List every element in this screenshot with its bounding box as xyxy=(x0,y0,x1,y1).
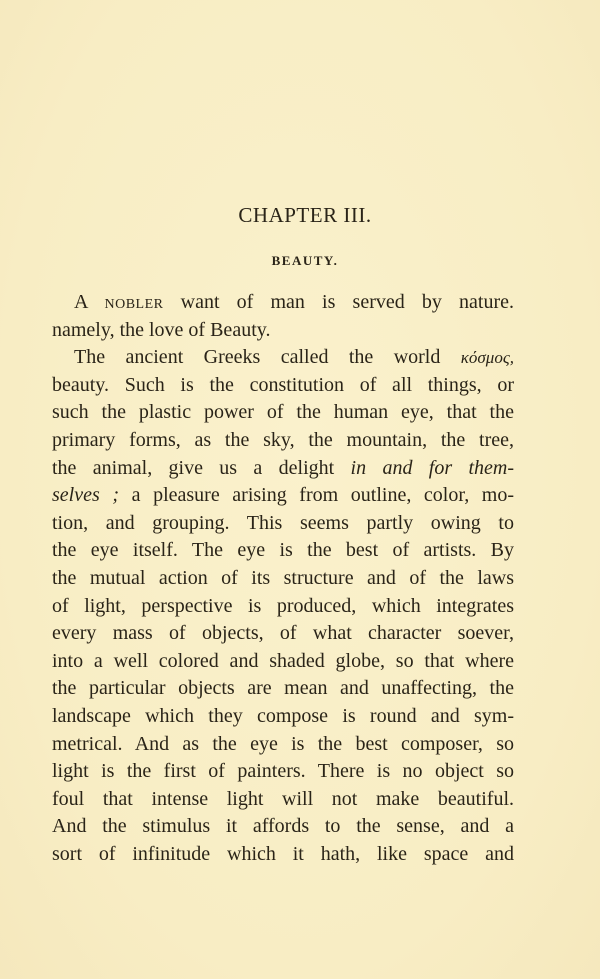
greek-word: κόσμος, xyxy=(461,348,514,367)
text-line: metrical. And as the eye is the best com… xyxy=(52,731,514,759)
text-line: selves ; a pleasure arising from outline… xyxy=(52,482,514,510)
text-line: the particular objects are mean and unaf… xyxy=(52,675,514,703)
text-line: namely, the love of Beauty. xyxy=(52,317,514,345)
chapter-subtitle: BEAUTY. xyxy=(0,253,600,269)
text-line: The ancient Greeks called the world κόσμ… xyxy=(52,344,514,372)
text-line: landscape which they compose is round an… xyxy=(52,703,514,731)
text-line: tion, and grouping. This seems partly ow… xyxy=(52,510,514,538)
small-caps-word: nobler xyxy=(105,291,164,313)
text-line: foul that intense light will not make be… xyxy=(52,786,514,814)
text-line: light is the first of painters. There is… xyxy=(52,758,514,786)
book-page: CHAPTER III. BEAUTY. A nobler want of ma… xyxy=(0,0,600,979)
text-line: beauty. Such is the constitution of all … xyxy=(52,372,514,400)
body-text: A nobler want of man is served by nature… xyxy=(52,289,514,868)
text-fragment: want of man is served by nature. xyxy=(164,291,515,313)
text-line: of light, perspective is produced, which… xyxy=(52,593,514,621)
text-line: the eye itself. The eye is the best of a… xyxy=(52,537,514,565)
italic-text: in and for them- xyxy=(351,457,514,479)
text-line: the animal, give us a delight in and for… xyxy=(52,455,514,483)
text-fragment: a pleasure arising from outline, color, … xyxy=(119,484,514,506)
text-line: every mass of objects, of what character… xyxy=(52,620,514,648)
text-line: primary forms, as the sky, the mountain,… xyxy=(52,427,514,455)
text-fragment: A xyxy=(74,291,105,313)
text-fragment: The ancient Greeks called the world xyxy=(74,346,461,368)
text-line: A nobler want of man is served by nature… xyxy=(52,289,514,317)
chapter-title: CHAPTER III. xyxy=(0,203,600,228)
text-fragment: the animal, give us a delight xyxy=(52,457,351,479)
text-line: such the plastic power of the human eye,… xyxy=(52,399,514,427)
text-line: And the stimulus it affords to the sense… xyxy=(52,813,514,841)
italic-text: selves ; xyxy=(52,484,119,506)
text-line: into a well colored and shaded globe, so… xyxy=(52,648,514,676)
text-line: the mutual action of its structure and o… xyxy=(52,565,514,593)
text-line: sort of infinitude which it hath, like s… xyxy=(52,841,514,869)
